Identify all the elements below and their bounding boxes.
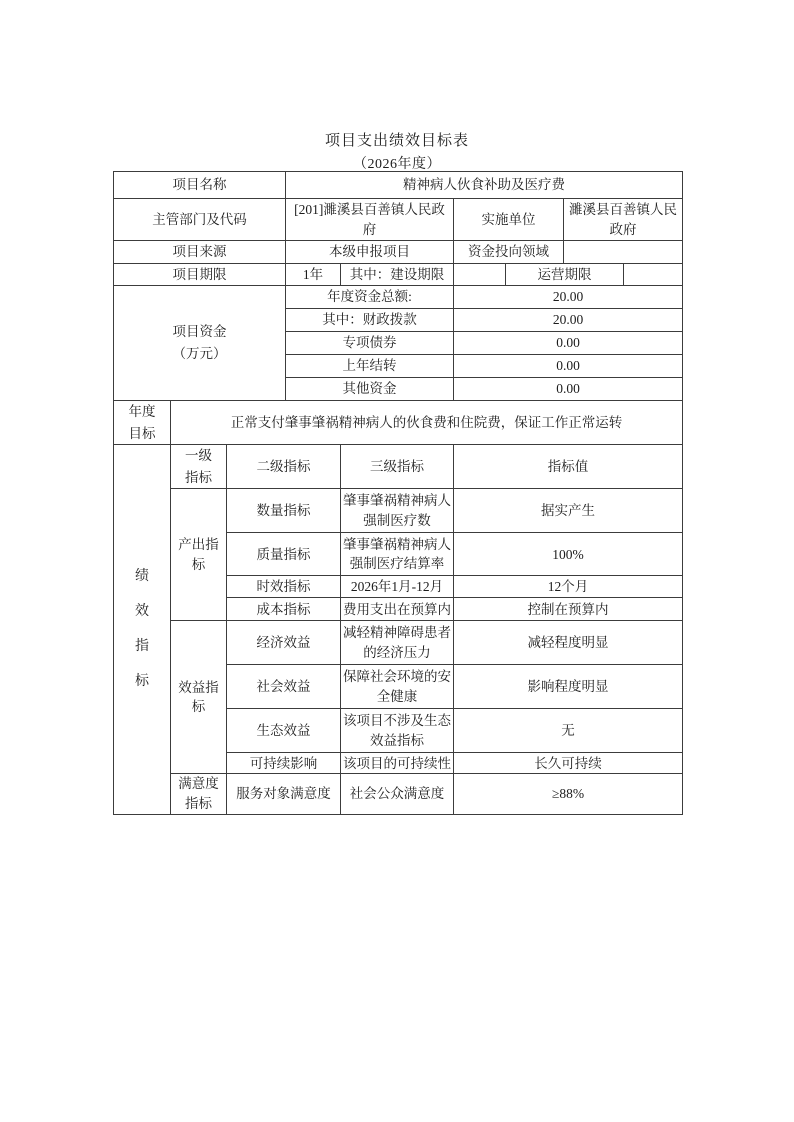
header-l3: 三级指标 xyxy=(341,445,454,489)
funds-carryover-label: 上年结转 xyxy=(286,355,454,378)
value-cell: 100% xyxy=(454,533,683,576)
l2-cell: 时效指标 xyxy=(227,576,341,598)
funds-other-label: 其他资金 xyxy=(286,378,454,401)
header-value: 指标值 xyxy=(454,445,683,489)
funds-total-label: 年度资金总额: xyxy=(286,286,454,309)
l2-cell: 服务对象满意度 xyxy=(227,774,341,814)
header-l1-line2: 指标 xyxy=(185,470,212,485)
value-cell: 减轻程度明显 xyxy=(454,621,683,665)
value-cell: 12个月 xyxy=(454,576,683,598)
row-department: 主管部门及代码 [201]濉溪县百善镇人民政府 实施单位 濉溪县百善镇人民政府 xyxy=(114,199,683,241)
funds-label: 项目资金 （万元） xyxy=(114,286,286,401)
l2-cell: 成本指标 xyxy=(227,598,341,621)
l2-cell: 可持续影响 xyxy=(227,753,341,774)
build-period-value xyxy=(454,264,506,286)
funds-total-value: 20.00 xyxy=(454,286,683,309)
invest-field-label: 资金投向领域 xyxy=(454,241,564,264)
period-label: 项目期限 xyxy=(114,264,286,286)
group-benefit-label: 效益指标 xyxy=(171,621,227,774)
funds-label-line1: 项目资金 xyxy=(173,324,227,339)
invest-field-value xyxy=(564,241,683,264)
l2-cell: 质量指标 xyxy=(227,533,341,576)
annual-goal-label-line2: 目标 xyxy=(129,426,156,441)
l3-cell: 肇事肇祸精神病人强制医疗结算率 xyxy=(341,533,454,576)
annual-goal-text: 正常支付肇事肇祸精神病人的伙食费和住院费，保证工作正常运转 xyxy=(171,401,683,445)
project-name-label: 项目名称 xyxy=(114,172,286,199)
project-name-value: 精神病人伙食补助及医疗费 xyxy=(286,172,683,199)
value-cell: 控制在预算内 xyxy=(454,598,683,621)
indicator-section-label-text: 绩效指标 xyxy=(134,559,150,699)
row-project-name: 项目名称 精神病人伙食补助及医疗费 xyxy=(114,172,683,199)
source-label: 项目来源 xyxy=(114,241,286,264)
document-page: 项目支出绩效目标表 （2026年度） 项目名称 精神病人伙食补助及医疗费 主管部… xyxy=(0,0,794,1122)
value-cell: 据实产生 xyxy=(454,489,683,533)
l3-cell: 保障社会环境的安全健康 xyxy=(341,665,454,709)
row-funds-total: 项目资金 （万元） 年度资金总额: 20.00 xyxy=(114,286,683,309)
indicator-row: 满意度指标 服务对象满意度 社会公众满意度 ≥88% xyxy=(114,774,683,814)
dept-value: [201]濉溪县百善镇人民政府 xyxy=(286,199,454,241)
l2-cell: 生态效益 xyxy=(227,709,341,753)
op-period-label: 运营期限 xyxy=(506,264,624,286)
l3-cell: 肇事肇祸精神病人强制医疗数 xyxy=(341,489,454,533)
l3-cell: 减轻精神障碍患者的经济压力 xyxy=(341,621,454,665)
indicator-row: 效益指标 经济效益 减轻精神障碍患者的经济压力 减轻程度明显 xyxy=(114,621,683,665)
period-value: 1年 xyxy=(286,264,341,286)
funds-carryover-value: 0.00 xyxy=(454,355,683,378)
l3-cell: 该项目的可持续性 xyxy=(341,753,454,774)
funds-label-line2: （万元） xyxy=(173,346,227,361)
group-output-label: 产出指标 xyxy=(171,489,227,621)
l3-cell: 该项目不涉及生态效益指标 xyxy=(341,709,454,753)
impl-unit-value: 濉溪县百善镇人民政府 xyxy=(564,199,683,241)
header-l1-line1: 一级 xyxy=(185,448,212,463)
page-title: 项目支出绩效目标表 xyxy=(0,129,794,150)
annual-goal-label: 年度 目标 xyxy=(114,401,171,445)
value-cell: ≥88% xyxy=(454,774,683,814)
header-l2: 二级指标 xyxy=(227,445,341,489)
page-subtitle: （2026年度） xyxy=(0,153,794,173)
funds-other-value: 0.00 xyxy=(454,378,683,401)
op-period-value xyxy=(624,264,683,286)
l3-cell: 2026年1月-12月 xyxy=(341,576,454,598)
performance-target-table: 项目名称 精神病人伙食补助及医疗费 主管部门及代码 [201]濉溪县百善镇人民政… xyxy=(113,171,683,815)
row-period: 项目期限 1年 其中：建设期限 运营期限 xyxy=(114,264,683,286)
l2-cell: 数量指标 xyxy=(227,489,341,533)
group-satisfaction-label: 满意度指标 xyxy=(171,774,227,814)
value-cell: 影响程度明显 xyxy=(454,665,683,709)
l3-cell: 费用支出在预算内 xyxy=(341,598,454,621)
source-value: 本级申报项目 xyxy=(286,241,454,264)
row-indicator-header: 绩效指标 一级 指标 二级指标 三级指标 指标值 xyxy=(114,445,683,489)
value-cell: 长久可持续 xyxy=(454,753,683,774)
row-annual-goal: 年度 目标 正常支付肇事肇祸精神病人的伙食费和住院费，保证工作正常运转 xyxy=(114,401,683,445)
funds-fiscal-label: 其中：财政拨款 xyxy=(286,309,454,332)
funds-bond-value: 0.00 xyxy=(454,332,683,355)
funds-fiscal-value: 20.00 xyxy=(454,309,683,332)
l2-cell: 社会效益 xyxy=(227,665,341,709)
indicator-row: 产出指标 数量指标 肇事肇祸精神病人强制医疗数 据实产生 xyxy=(114,489,683,533)
l2-cell: 经济效益 xyxy=(227,621,341,665)
indicator-section-label: 绩效指标 xyxy=(114,445,171,814)
l3-cell: 社会公众满意度 xyxy=(341,774,454,814)
header-l1: 一级 指标 xyxy=(171,445,227,489)
value-cell: 无 xyxy=(454,709,683,753)
row-source: 项目来源 本级申报项目 资金投向领域 xyxy=(114,241,683,264)
funds-bond-label: 专项债券 xyxy=(286,332,454,355)
impl-unit-label: 实施单位 xyxy=(454,199,564,241)
annual-goal-label-line1: 年度 xyxy=(129,404,156,419)
build-period-label: 其中：建设期限 xyxy=(341,264,454,286)
dept-label: 主管部门及代码 xyxy=(114,199,286,241)
